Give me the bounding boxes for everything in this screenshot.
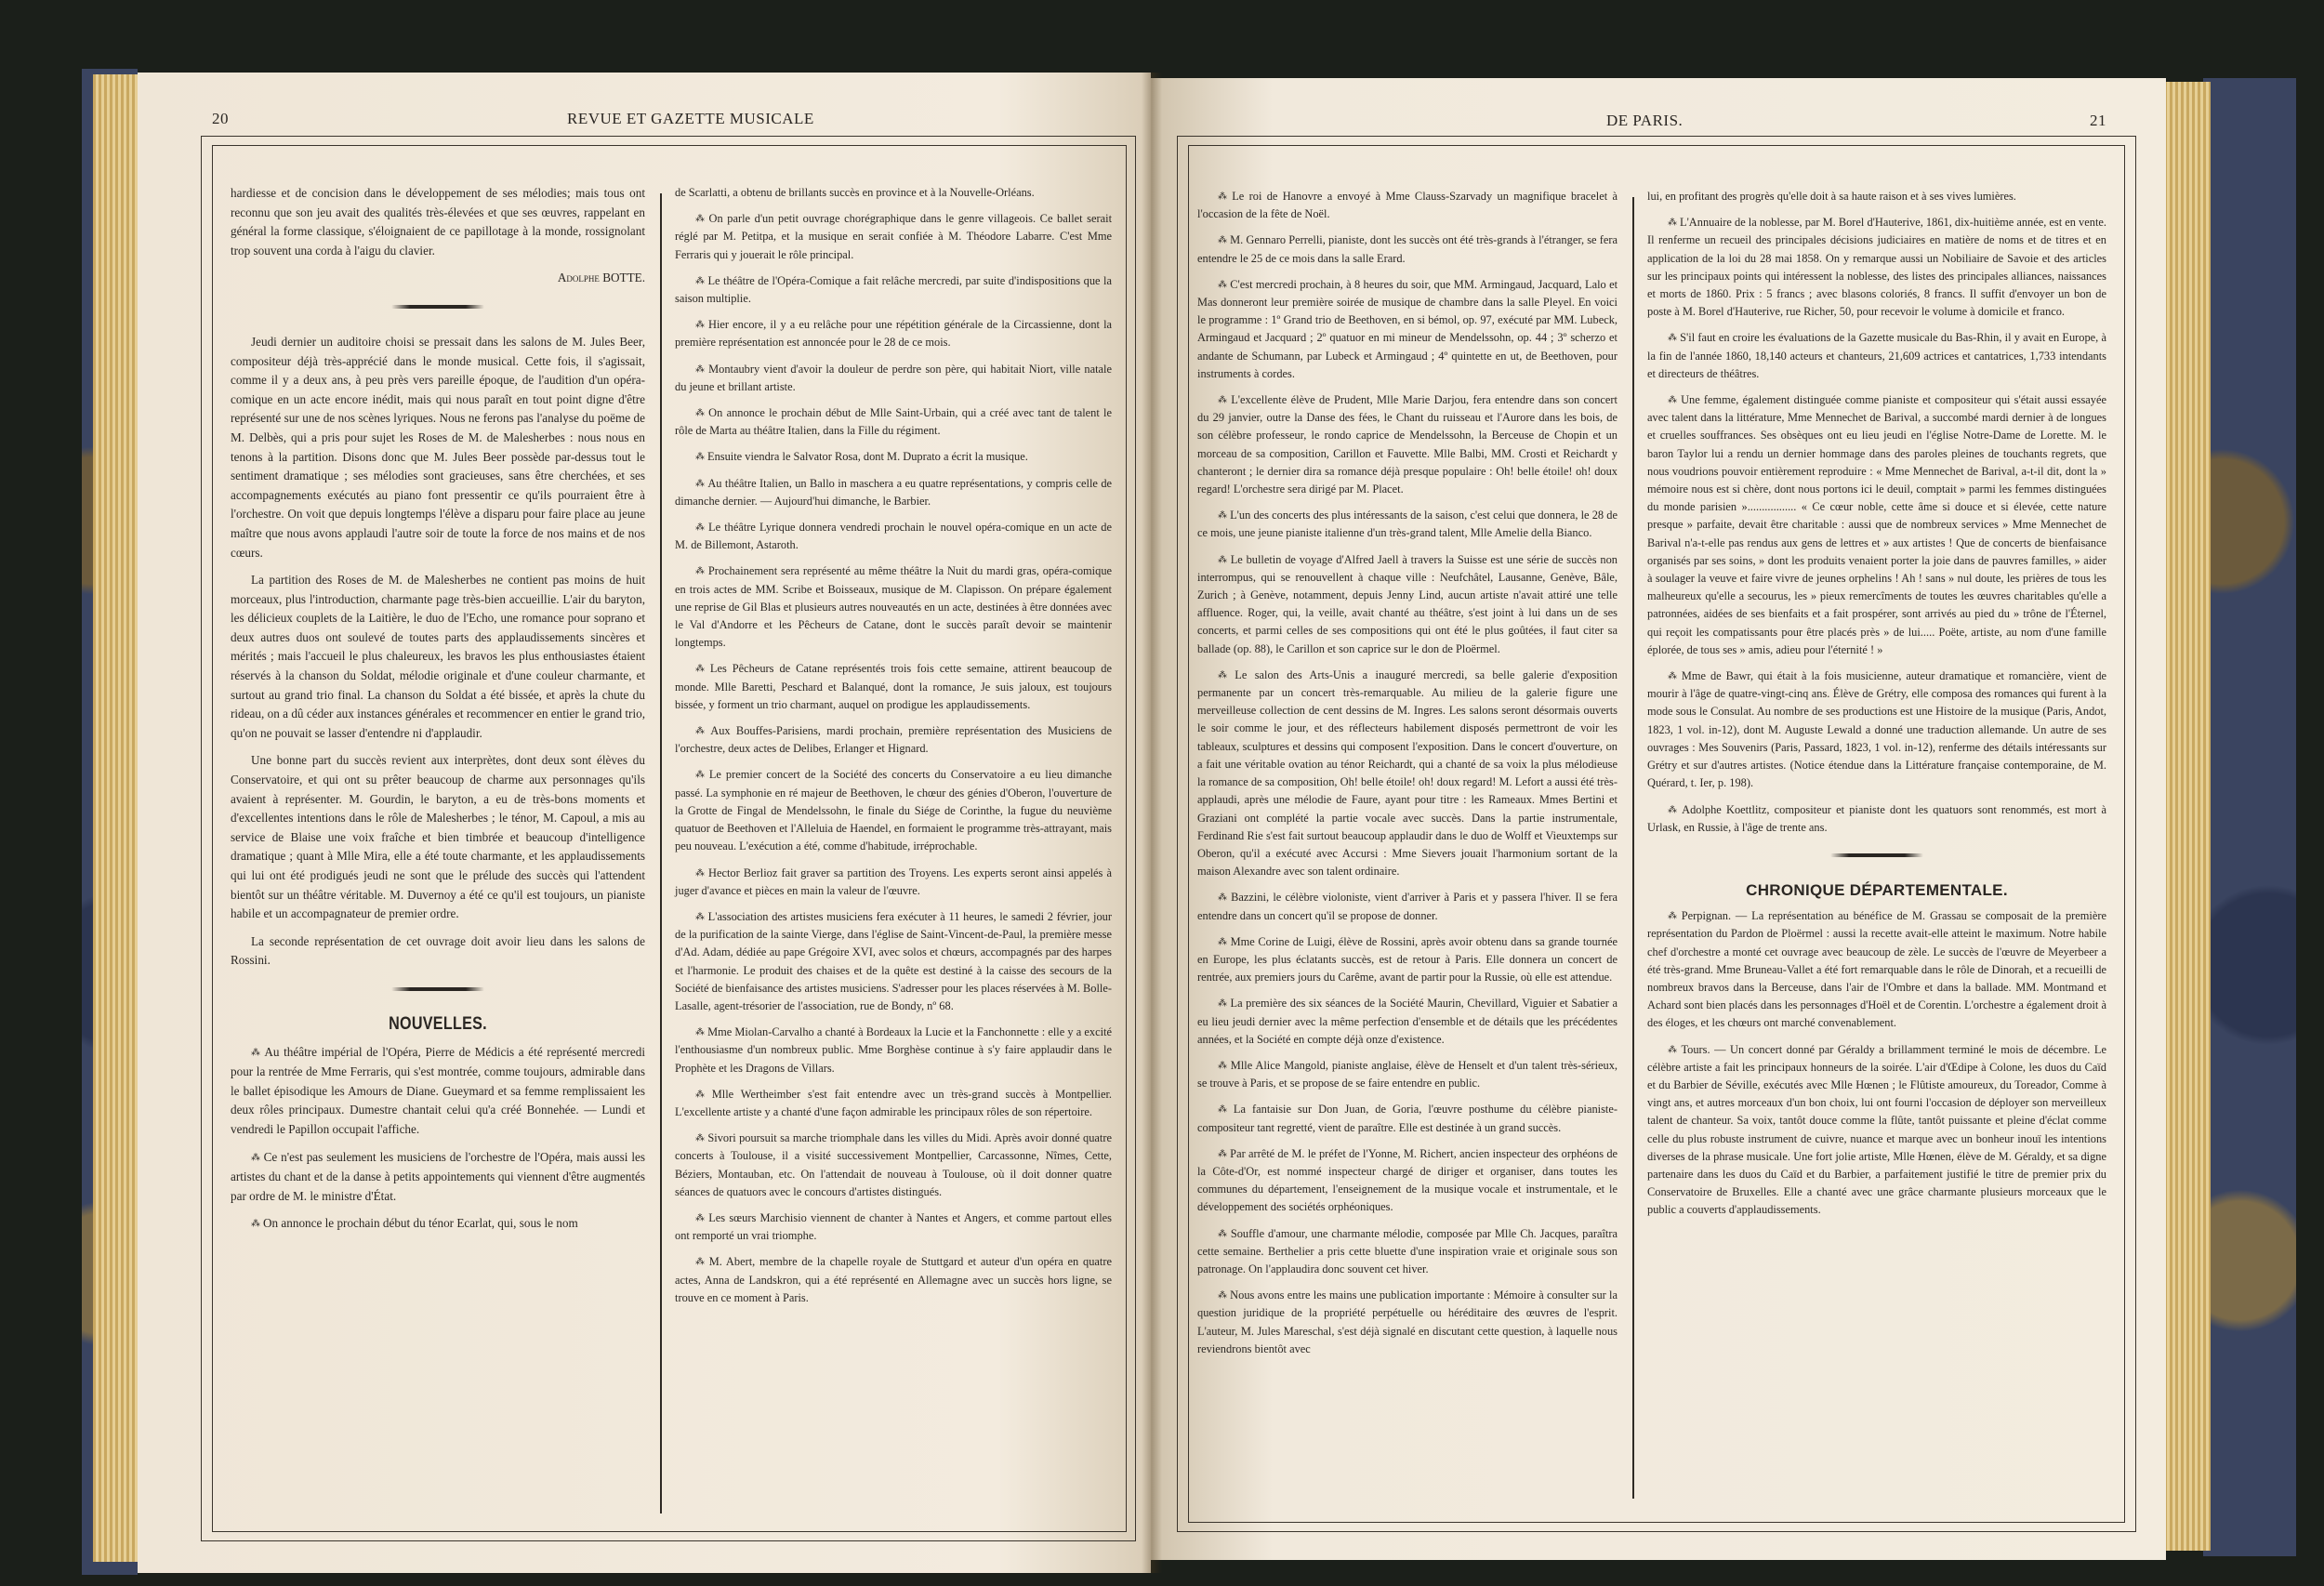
chronicle-item: ⁂Perpignan. — La représentation au bénéf… [1647, 907, 2106, 1032]
news-item: ⁂M. Abert, membre de la chapelle royale … [675, 1253, 1112, 1307]
news-item: ⁂Mlle Alice Mangold, pianiste anglaise, … [1197, 1057, 1618, 1092]
asterism-icon: ⁂ [1218, 1061, 1227, 1071]
news-item: ⁂L'un des concerts des plus intéressants… [1197, 507, 1618, 542]
asterism-icon: ⁂ [695, 320, 705, 330]
asterism-icon: ⁂ [1218, 670, 1231, 681]
asterism-icon: ⁂ [695, 566, 705, 576]
author-signature: Adolphe BOTTE. [231, 269, 645, 288]
news-item: ⁂Le théâtre Lyrique donnera vendredi pro… [675, 519, 1112, 554]
asterism-icon: ⁂ [1668, 911, 1678, 921]
continuation: lui, en profitant des progrès qu'elle do… [1647, 188, 2106, 205]
asterism-icon: ⁂ [695, 1213, 705, 1223]
left-column-2: de Scarlatti, a obtenu de brillants succ… [675, 184, 1112, 1315]
news-item: ⁂S'il faut en croire les évaluations de … [1647, 329, 2106, 383]
separator-rule [391, 987, 484, 991]
paragraph: La seconde représentation de cet ouvrage… [231, 932, 645, 971]
continuation: de Scarlatti, a obtenu de brillants succ… [675, 184, 1112, 202]
asterism-icon: ⁂ [695, 452, 704, 462]
news-item: ⁂Souffle d'amour, une charmante mélodie,… [1197, 1225, 1618, 1279]
right-page: DE PARIS. 21 ⁂Le roi de Hanovre a envoyé… [1151, 78, 2166, 1560]
news-item: ⁂Adolphe Koettlitz, compositeur et piani… [1647, 801, 2106, 837]
news-item: ⁂Le théâtre de l'Opéra-Comique a fait re… [675, 272, 1112, 308]
news-item: ⁂On parle d'un petit ouvrage chorégraphi… [675, 210, 1112, 264]
news-item: ⁂Mlle Wertheimber s'est fait entendre av… [675, 1086, 1112, 1121]
asterism-icon: ⁂ [695, 726, 706, 736]
news-item: ⁂Ce n'est pas seulement les musiciens de… [231, 1148, 645, 1207]
asterism-icon: ⁂ [1218, 555, 1227, 565]
marbled-cover-right [2203, 78, 2296, 1556]
chronicle-item: ⁂Tours. — Un concert donné par Géraldy a… [1647, 1041, 2106, 1220]
news-item: ⁂Au théâtre impérial de l'Opéra, Pierre … [231, 1043, 645, 1140]
news-item: ⁂On annonce le prochain début de Mlle Sa… [675, 404, 1112, 440]
news-item: ⁂Prochainement sera représenté au même t… [675, 562, 1112, 652]
running-head-right: DE PARIS. [1606, 112, 1683, 130]
news-item: ⁂Hector Berlioz fait graver sa partition… [675, 865, 1112, 900]
book-gutter [1142, 73, 1162, 1573]
news-item: ⁂Une femme, également distinguée comme p… [1647, 391, 2106, 659]
news-item: ⁂L'excellente élève de Prudent, Mlle Mar… [1197, 391, 1618, 498]
asterism-icon: ⁂ [695, 1090, 708, 1100]
asterism-icon: ⁂ [695, 214, 706, 224]
news-item: ⁂Mme Miolan-Carvalho a chanté à Bordeaux… [675, 1024, 1112, 1077]
asterism-icon: ⁂ [695, 479, 704, 489]
paragraph: Jeudi dernier un auditoire choisi se pre… [231, 333, 645, 562]
news-item: ⁂La fantaisie sur Don Juan, de Goria, l'… [1197, 1101, 1618, 1136]
section-heading-nouvelles: NOUVELLES. [261, 1015, 614, 1035]
asterism-icon: ⁂ [1218, 235, 1226, 245]
asterism-icon: ⁂ [695, 276, 704, 286]
news-item: ⁂Le premier concert de la Société des co… [675, 766, 1112, 855]
news-item: ⁂Par arrêté de M. le préfet de l'Yonne, … [1197, 1145, 1618, 1217]
page-edges-left [93, 74, 138, 1562]
asterism-icon: ⁂ [695, 364, 705, 375]
left-page: 20 REVUE ET GAZETTE MUSICALE hardiesse e… [138, 73, 1151, 1573]
asterism-icon: ⁂ [251, 1153, 260, 1163]
news-item: ⁂Le salon des Arts-Unis a inauguré mercr… [1197, 667, 1618, 880]
column-rule [660, 193, 662, 1513]
news-item: ⁂Bazzini, le célèbre violoniste, vient d… [1197, 889, 1618, 924]
news-item: ⁂Les sœurs Marchisio viennent de chanter… [675, 1209, 1112, 1245]
news-item: ⁂Montaubry vient d'avoir la douleur de p… [675, 361, 1112, 396]
news-item: ⁂Nous avons entre les mains une publicat… [1197, 1287, 1618, 1358]
news-item: ⁂Ensuite viendra le Salvator Rosa, dont … [675, 448, 1112, 466]
news-item: ⁂M. Gennaro Perrelli, pianiste, dont les… [1197, 231, 1618, 267]
running-head-left: REVUE ET GAZETTE MUSICALE [567, 110, 814, 128]
asterism-icon: ⁂ [1218, 1149, 1226, 1159]
asterism-icon: ⁂ [1668, 805, 1678, 815]
asterism-icon: ⁂ [1218, 1290, 1226, 1301]
asterism-icon: ⁂ [1668, 1045, 1677, 1055]
asterism-icon: ⁂ [695, 1133, 704, 1143]
paragraph: Une bonne part du succès revient aux int… [231, 751, 645, 923]
asterism-icon: ⁂ [1218, 892, 1227, 903]
news-item: ⁂L'association des artistes musiciens fe… [675, 908, 1112, 1015]
asterism-icon: ⁂ [251, 1219, 259, 1229]
asterism-icon: ⁂ [1218, 510, 1226, 521]
page-number-right: 21 [2090, 112, 2106, 130]
asterism-icon: ⁂ [695, 1257, 706, 1267]
asterism-icon: ⁂ [1668, 333, 1676, 343]
news-item: ⁂Sivori poursuit sa marche triomphale da… [675, 1130, 1112, 1201]
asterism-icon: ⁂ [695, 408, 705, 418]
left-column-1: hardiesse et de concision dans le dévelo… [231, 184, 645, 1243]
asterism-icon: ⁂ [695, 522, 705, 533]
asterism-icon: ⁂ [1218, 280, 1226, 290]
news-item: ⁂Mme de Bawr, qui était à la fois musici… [1647, 667, 2106, 792]
asterism-icon: ⁂ [1218, 1104, 1230, 1115]
section-heading-chronique: CHRONIQUE DÉPARTEMENTALE. [1647, 881, 2106, 899]
news-item: ⁂Mme Corine de Luigi, élève de Rossini, … [1197, 933, 1618, 987]
news-item: ⁂La première des six séances de la Socié… [1197, 995, 1618, 1049]
asterism-icon: ⁂ [1218, 395, 1227, 405]
news-item: ⁂L'Annuaire de la noblesse, par M. Borel… [1647, 214, 2106, 321]
column-rule [1632, 197, 1634, 1499]
news-item: ⁂Aux Bouffes-Parisiens, mardi prochain, … [675, 722, 1112, 758]
asterism-icon: ⁂ [695, 770, 706, 780]
news-item: ⁂C'est mercredi prochain, à 8 heures du … [1197, 276, 1618, 383]
news-item: ⁂Au théâtre Italien, un Ballo in mascher… [675, 475, 1112, 510]
asterism-icon: ⁂ [695, 912, 705, 922]
asterism-icon: ⁂ [1668, 218, 1676, 228]
news-item: ⁂Le bulletin de voyage d'Alfred Jaell à … [1197, 551, 1618, 658]
news-item: ⁂Les Pêcheurs de Catane représentés troi… [675, 660, 1112, 714]
news-item: ⁂On annonce le prochain début du ténor E… [231, 1214, 645, 1235]
asterism-icon: ⁂ [1668, 671, 1678, 681]
asterism-icon: ⁂ [1218, 937, 1227, 947]
right-column-1: ⁂Le roi de Hanovre a envoyé à Mme Clauss… [1197, 188, 1618, 1367]
asterism-icon: ⁂ [695, 868, 705, 879]
asterism-icon: ⁂ [1668, 395, 1677, 405]
right-column-2: lui, en profitant des progrès qu'elle do… [1647, 188, 2106, 1228]
page-number-left: 20 [212, 110, 229, 128]
asterism-icon: ⁂ [1218, 192, 1228, 202]
separator-rule [391, 305, 484, 309]
page-edges-right [2164, 82, 2211, 1551]
separator-rule [1830, 853, 1923, 857]
paragraph: hardiesse et de concision dans le dévelo… [231, 184, 645, 260]
news-item: ⁂Hier encore, il y a eu relâche pour une… [675, 316, 1112, 351]
asterism-icon: ⁂ [1218, 1229, 1227, 1239]
asterism-icon: ⁂ [1218, 998, 1227, 1009]
paragraph: La partition des Roses de M. de Malesher… [231, 571, 645, 743]
news-item: ⁂Le roi de Hanovre a envoyé à Mme Clauss… [1197, 188, 1618, 223]
asterism-icon: ⁂ [695, 664, 706, 674]
asterism-icon: ⁂ [695, 1027, 704, 1038]
asterism-icon: ⁂ [251, 1048, 260, 1058]
